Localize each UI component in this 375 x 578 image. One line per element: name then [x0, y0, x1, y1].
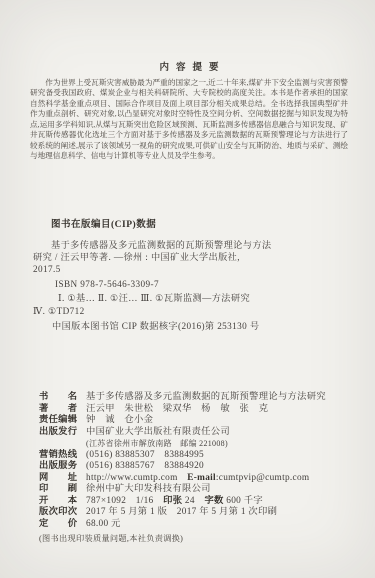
colophon-label: 网址: [39, 473, 77, 485]
content-summary-title: 内容提要: [30, 59, 348, 73]
cip-line: 基于多传感器及多元监测数据的瓦斯预警理论与方法: [33, 239, 347, 251]
colophon-value: 中国矿业大学出版社有限责任公司: [86, 427, 230, 439]
colophon-label: 责任编辑: [39, 415, 77, 427]
colophon-row: (江苏省徐州市解放南路 邮编 221008): [39, 438, 344, 450]
colophon-section: 书名基于多传感器及多元监测数据的瓦斯预警理论与方法研究著者汪云甲 朱世松 梁双华…: [39, 392, 344, 544]
colophon-label: 书名: [39, 392, 77, 404]
colophon-row: 网址http://www.cumtp.com E-mail:cumtpvip@c…: [39, 473, 344, 485]
colophon-row: 印刷徐州中矿大印发科技有限公司: [39, 484, 344, 496]
cip-lines: 基于多传感器及多元监测数据的瓦斯预警理论与方法研究 / 汪云甲等著. —徐州 :…: [33, 239, 347, 332]
colophon-value: (0516) 83885307 83884995: [86, 450, 204, 462]
content-summary-paragraph: 作为世界上受瓦斯灾害威胁最为严重的国家之一,近二十年来,煤矿井下安全监测与灾害预…: [30, 78, 348, 162]
cip-line: 中国版本图书馆 CIP 数据核字(2016)第 253130 号: [33, 320, 347, 332]
cip-line: Ⅰ. ①基… Ⅱ. ①汪… Ⅲ. ①瓦斯监测—方法研究: [33, 292, 347, 304]
book-copyright-page: 内容提要 作为世界上受瓦斯灾害威胁最为严重的国家之一,近二十年来,煤矿井下安全监…: [0, 0, 375, 578]
colophon-label: 出版服务: [39, 461, 77, 473]
cip-line: 2017.5: [33, 263, 347, 275]
colophon-value: 钟 诚 仓小金: [86, 415, 153, 427]
content-summary-section: 内容提要 作为世界上受瓦斯灾害威胁最为严重的国家之一,近二十年来,煤矿井下安全监…: [30, 59, 348, 162]
cip-line: ISBN 978-7-5646-3309-7: [33, 278, 347, 290]
colophon-row: 开本787×1092 1/16 印张 24 字数 600 千字: [39, 496, 344, 508]
colophon-row: 出版发行中国矿业大学出版社有限责任公司: [39, 427, 344, 439]
colophon-label: 营销热线: [39, 450, 77, 462]
colophon-value: 汪云甲 朱世松 梁双华 杨 敏 张 克: [86, 404, 268, 416]
colophon-value: 徐州中矿大印发科技有限公司: [86, 484, 211, 496]
colophon-row: 定价68.00 元: [39, 519, 344, 531]
colophon-value: (江苏省徐州市解放南路 邮编 221008): [86, 438, 228, 450]
colophon-value: 787×1092 1/16 印张 24 字数 600 千字: [86, 496, 263, 508]
colophon-label: 印刷: [39, 484, 77, 496]
cip-header: 图书在版编目(CIP)数据: [51, 216, 347, 230]
colophon-row: 书名基于多传感器及多元监测数据的瓦斯预警理论与方法研究: [39, 392, 344, 404]
cip-line: 研究 / 汪云甲等著. —徐州 : 中国矿业大学出版社,: [33, 251, 347, 263]
cip-section: 图书在版编目(CIP)数据 基于多传感器及多元监测数据的瓦斯预警理论与方法研究 …: [33, 216, 347, 332]
colophon-row: 责任编辑钟 诚 仓小金: [39, 415, 344, 427]
colophon-label: 著者: [39, 404, 77, 416]
quality-note: (图书出现印装质量问题,本社负责调换): [39, 533, 344, 544]
colophon-row: 出版服务(0516) 83885767 83884920: [39, 461, 344, 473]
colophon-label: [39, 438, 77, 450]
colophon-value: http://www.cumtp.com E-mail:cumtpvip@cum…: [86, 473, 309, 485]
colophon-row: 著者汪云甲 朱世松 梁双华 杨 敏 张 克: [39, 404, 344, 416]
colophon-label: 开本: [39, 496, 77, 508]
colophon-value: 基于多传感器及多元监测数据的瓦斯预警理论与方法研究: [86, 392, 326, 404]
colophon-row: 营销热线(0516) 83885307 83884995: [39, 450, 344, 462]
cip-line: Ⅳ. ①TD712: [33, 305, 347, 317]
colophon-value: 68.00 元: [86, 519, 121, 531]
colophon-label: 出版发行: [39, 427, 77, 439]
colophon-label: 定价: [39, 519, 77, 531]
colophon-rows: 书名基于多传感器及多元监测数据的瓦斯预警理论与方法研究著者汪云甲 朱世松 梁双华…: [39, 392, 344, 531]
colophon-row: 版次印次2017 年 5 月第 1 版 2017 年 5 月第 1 次印刷: [39, 507, 344, 519]
colophon-label: 版次印次: [39, 507, 77, 519]
colophon-value: 2017 年 5 月第 1 版 2017 年 5 月第 1 次印刷: [86, 507, 277, 519]
colophon-value: (0516) 83885767 83884920: [86, 461, 204, 473]
